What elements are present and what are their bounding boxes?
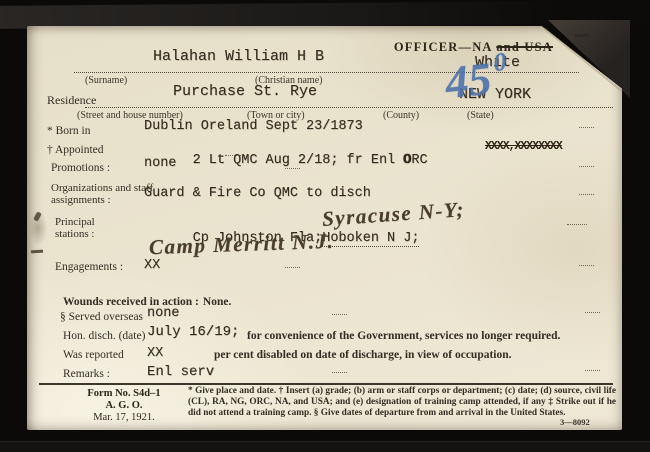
- born-label: * Born in: [47, 125, 90, 137]
- record-card: OFFICER—NA and USA White Halahan William…: [27, 26, 622, 430]
- handwritten-number-main: 45: [443, 53, 494, 109]
- ruling-remnant: [332, 372, 347, 373]
- ruling-remnant: [285, 267, 300, 268]
- wounds-value: None.: [203, 296, 231, 308]
- stations-typed-part2: Hoboken N J;: [322, 231, 419, 247]
- form-date: Mar. 17, 1921.: [65, 412, 183, 424]
- scanned-record-card-page: OFFICER—NA and USA White Halahan William…: [0, 0, 650, 452]
- ruling-remnant: [585, 370, 600, 371]
- footnote-fine-print: * Give place and date. † Insert (a) grad…: [188, 386, 616, 418]
- appointed-value-rest: RC: [411, 153, 427, 168]
- hon-disch-value: July 16/19;: [147, 324, 239, 340]
- print-code: 3—8092: [560, 417, 590, 427]
- ruling-remnant: [567, 224, 587, 225]
- ruling-remnant: [225, 155, 245, 156]
- engagements-value: XX: [144, 258, 160, 273]
- county-caption: (County): [383, 110, 419, 121]
- was-reported-value: XX: [147, 346, 163, 361]
- ruling-remnant: [579, 127, 594, 128]
- residence-rule-dotted: [85, 107, 613, 108]
- footer-divider-line: [39, 383, 613, 385]
- hon-disch-label: Hon. disch. (date): [63, 330, 145, 342]
- state-caption: (State): [467, 110, 494, 121]
- ruling-remnant: [579, 194, 594, 195]
- surname-and-name-value: Halahan William H B: [153, 48, 324, 65]
- appointed-struck-value: XXXX,XXXXXXXX: [485, 140, 562, 153]
- form-number-block: Form No. S4d–1 A. G. O. Mar. 17, 1921.: [65, 388, 183, 424]
- stations-handwritten-line1: Syracuse N-Y;: [321, 197, 465, 232]
- remarks-label: Remarks :: [63, 368, 110, 380]
- hon-disch-note: for convenience of the Government, servi…: [247, 330, 560, 342]
- born-value: Dublin Oreland Sept 23/1873: [144, 119, 363, 134]
- promotions-label: Promotions :: [51, 162, 110, 174]
- organizations-value: Guard & Fire Co QMC to disch: [144, 186, 371, 201]
- served-overseas-value: none: [147, 306, 179, 321]
- ruling-remnant: [285, 168, 300, 169]
- stations-label: Principal stations :: [55, 217, 125, 240]
- ruling-remnant: [579, 265, 594, 266]
- form-ago: A. G. O.: [65, 400, 183, 412]
- handwritten-number: 45 0: [442, 47, 511, 109]
- remarks-value: Enl serv: [147, 364, 214, 380]
- form-number: Form No. S4d–1: [65, 388, 183, 400]
- served-overseas-label: § Served overseas: [60, 311, 143, 323]
- appointed-value: 2 Lt QMC Aug 2/18; fr Enl ORC: [144, 138, 428, 183]
- was-reported-note: per cent disabled on date of discharge, …: [214, 349, 512, 361]
- residence-label: Residence: [47, 93, 96, 108]
- residence-street-value: Purchase St. Rye: [173, 83, 317, 100]
- promotions-value: none: [144, 156, 176, 171]
- organizations-label: Organizations and staff assignments :: [51, 183, 156, 206]
- pen-dash-mark: [31, 250, 43, 254]
- scan-backdrop-strip: [0, 0, 650, 29]
- was-reported-label: Was reported: [63, 349, 124, 361]
- appointed-label: † Appointed: [47, 144, 104, 156]
- ruling-remnant: [332, 314, 347, 315]
- scan-backdrop-bottom: [0, 441, 650, 452]
- ruling-remnant: [585, 312, 600, 313]
- engagements-label: Engagements :: [55, 261, 123, 273]
- surname-caption: (Surname): [85, 75, 127, 86]
- ruling-remnant: [579, 166, 594, 167]
